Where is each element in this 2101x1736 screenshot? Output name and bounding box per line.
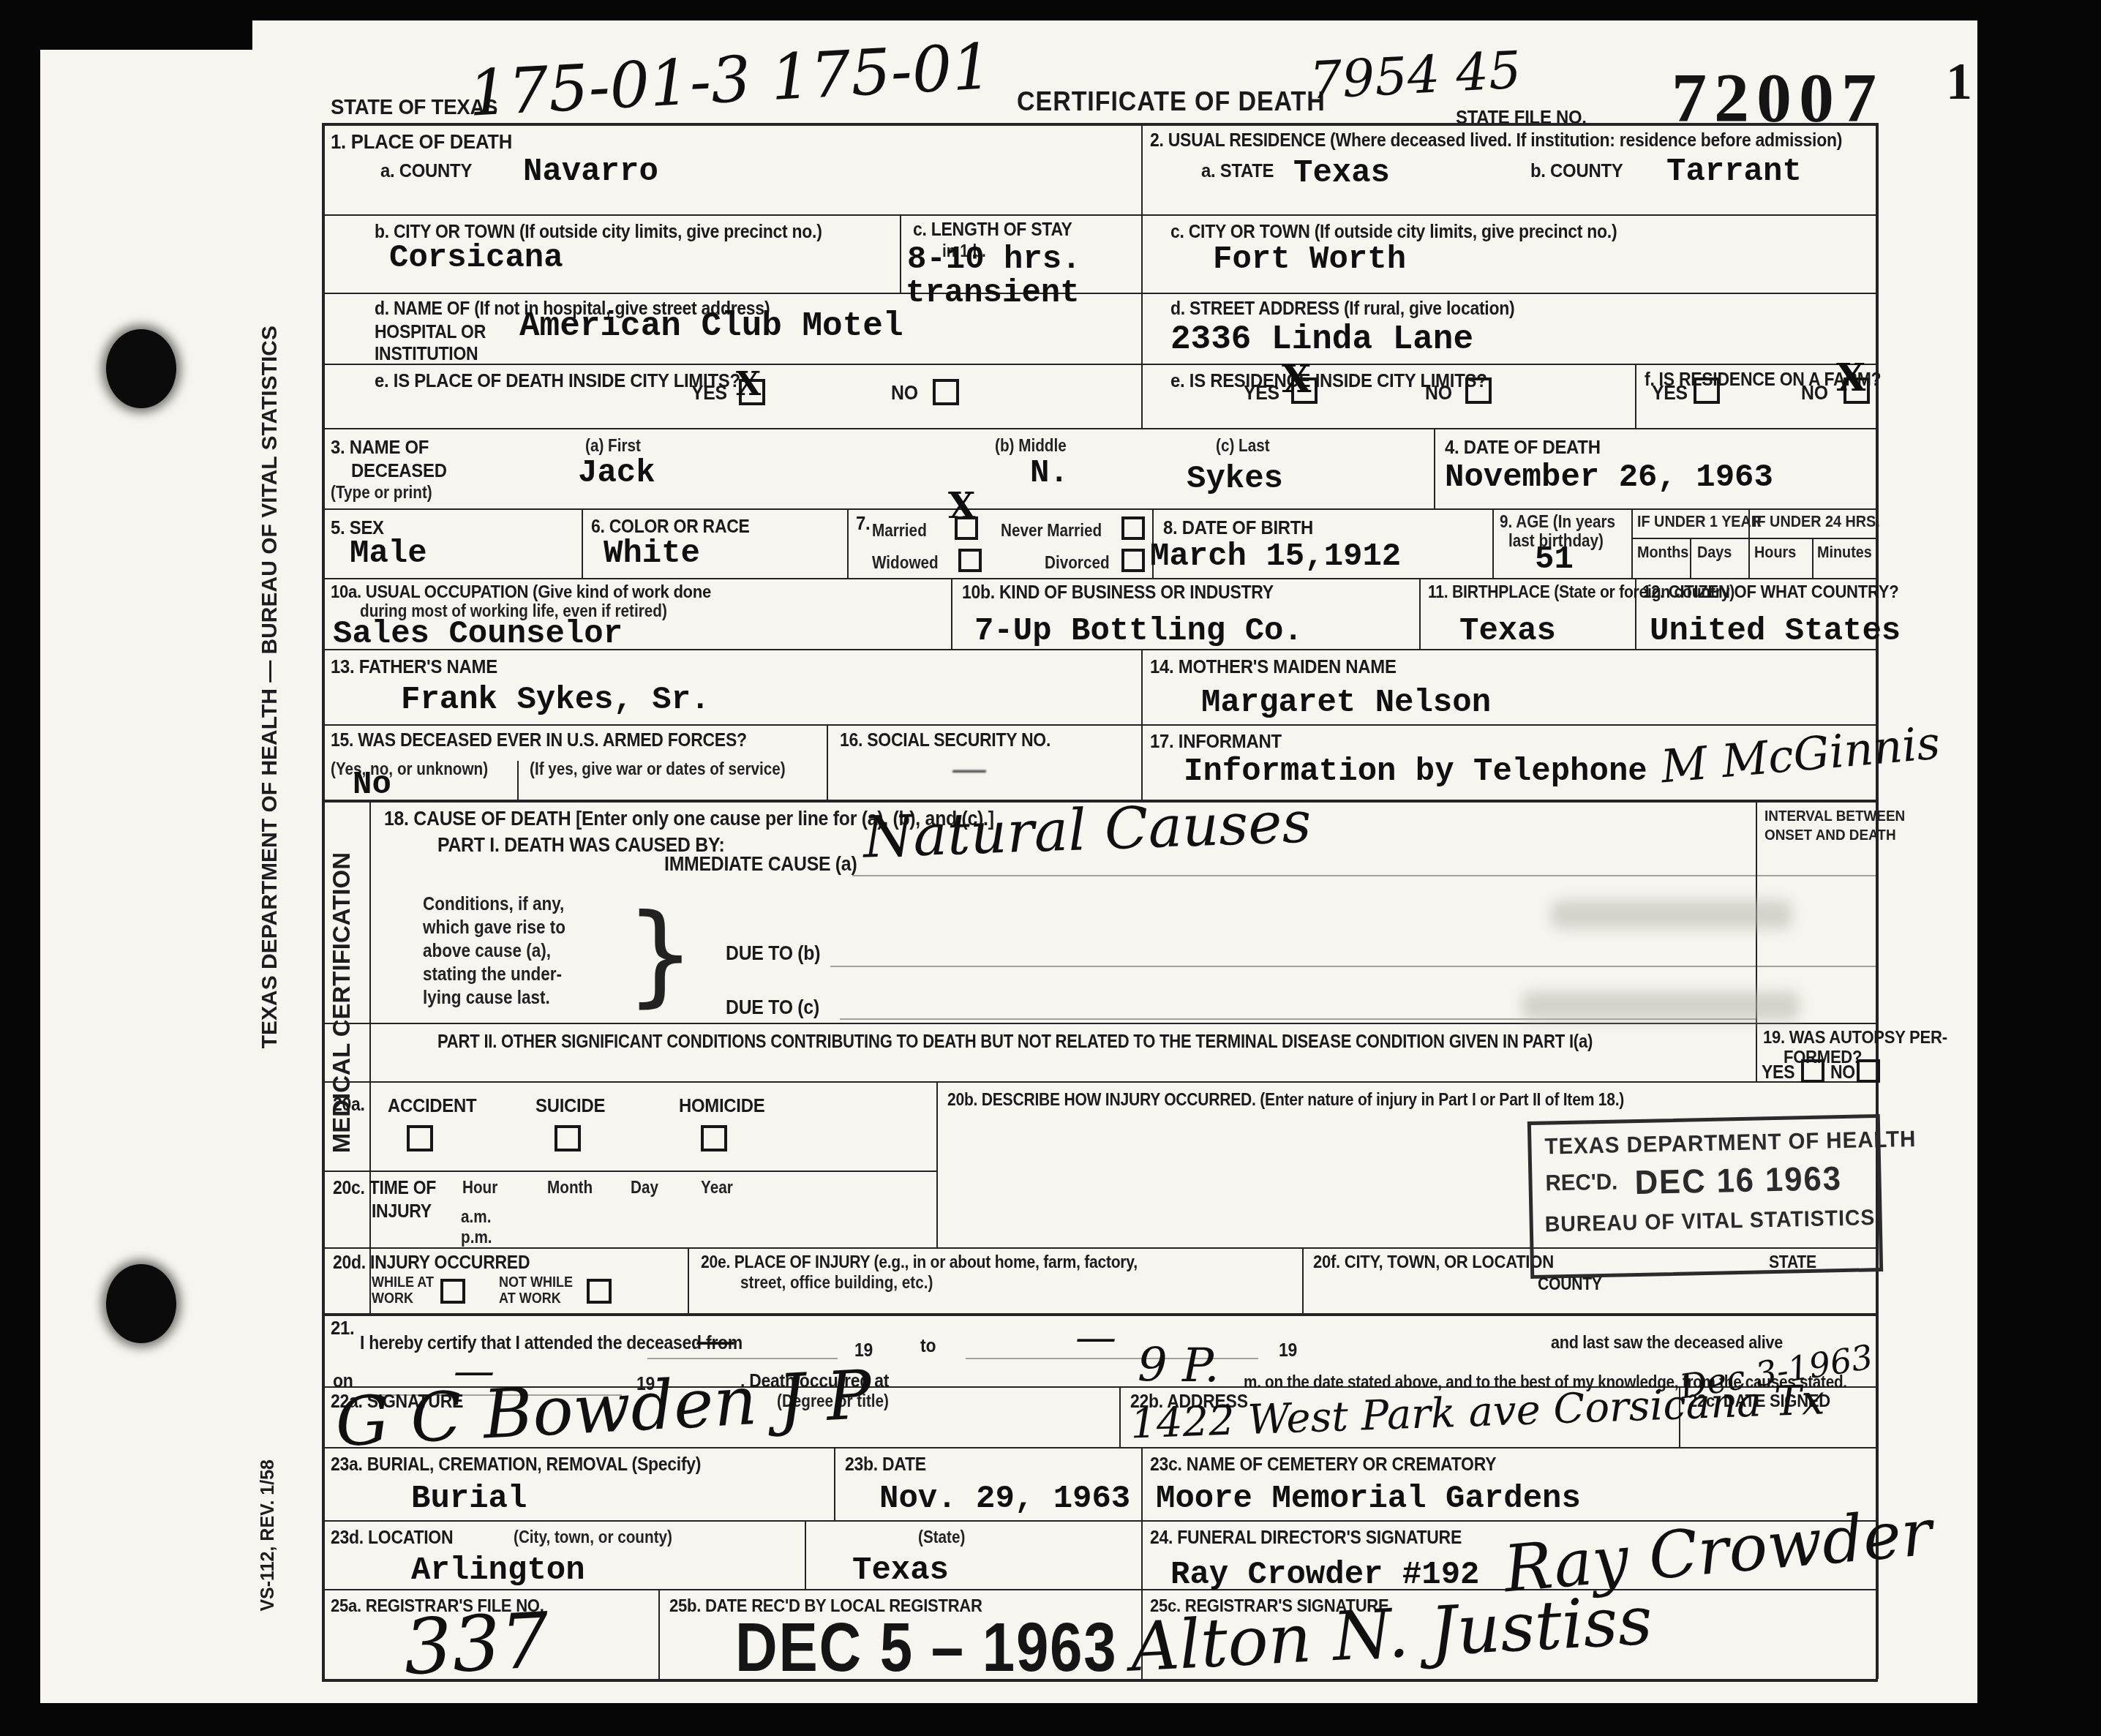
scanned-death-certificate: TEXAS DEPARTMENT OF HEALTH — BUREAU OF V… [0, 0, 2101, 1736]
divider [900, 214, 901, 293]
injury-city-label: 20f. CITY, TOWN, OR LOCATION [1313, 1252, 1554, 1273]
certify-text-1: I hereby certify that I attended the dec… [360, 1333, 743, 1354]
interval-column-divider [1756, 800, 1757, 1081]
injury-occurred-label: 20d. INJURY OCCURRED [333, 1252, 530, 1274]
death-time-handwritten: 9 P. [1138, 1339, 1219, 1393]
fathers-name-label: 13. FATHER'S NAME [331, 655, 497, 678]
time-of-injury-label-2: INJURY [372, 1201, 432, 1222]
divider [1492, 508, 1494, 578]
certificate-title: CERTIFICATE OF DEATH [1017, 86, 1326, 117]
location-label: 23d. LOCATION [331, 1528, 453, 1549]
interval-line-2 [1757, 966, 1876, 967]
divider [517, 761, 519, 800]
divider [1419, 578, 1421, 649]
color-race-value: White [604, 536, 700, 572]
divider [834, 1447, 835, 1520]
autopsy-no-label: NO [1830, 1062, 1855, 1083]
stamp-agency-line: TEXAS DEPARTMENT OF HEALTH [1544, 1126, 1917, 1160]
residence-limits-no-checkbox [1465, 377, 1492, 404]
if-under-24-hrs-label: IF UNDER 24 HRS. [1753, 512, 1880, 531]
while-at-work-label-1: WHILE AT [372, 1274, 434, 1291]
farm-no-mark: X [1836, 356, 1865, 400]
burial-date-value: Nov. 29, 1963 [879, 1481, 1130, 1517]
state-registrar-label: STATE [1769, 1252, 1816, 1272]
form-border-right [1876, 123, 1879, 1679]
residence-city-value: Fort Worth [1213, 241, 1406, 278]
certify-19-2: 19 [1279, 1340, 1297, 1361]
autopsy-yes-checkbox [1801, 1059, 1824, 1083]
conditions-note-4: stating the under- [423, 964, 562, 985]
not-while-at-work-label-1: NOT WHILE [499, 1274, 573, 1291]
stamp-recd-label: REC'D. [1545, 1169, 1617, 1197]
form-border-left [322, 123, 325, 1679]
received-date-stamp: TEXAS DEPARTMENT OF HEALTH REC'D. DEC 16… [1527, 1114, 1883, 1279]
row-line [322, 428, 1878, 429]
never-married-checkbox [1121, 516, 1145, 540]
usual-residence-heading: 2. USUAL RESIDENCE (Where deceased lived… [1150, 130, 1842, 151]
month-label: Month [547, 1178, 593, 1198]
conditions-note-3: above cause (a), [423, 941, 551, 962]
residence-limits-yes-label: YES [1244, 382, 1279, 405]
divorced-label: Divorced [1045, 553, 1110, 573]
age-subheader-line [1631, 538, 1878, 539]
death-limits-yes-label: YES [691, 382, 727, 405]
married-label: Married [872, 521, 927, 541]
farm-yes-label: YES [1652, 382, 1688, 405]
scan-edge-right [1977, 0, 2101, 1736]
divider [1141, 1520, 1143, 1589]
interval-label-1: INTERVAL BETWEEN [1764, 808, 1905, 825]
length-of-stay-label: c. LENGTH OF STAY [913, 219, 1072, 241]
stamp-received-date: DEC 16 1963 [1634, 1158, 1842, 1202]
handwritten-file-numbers: 7954 45 [1308, 40, 1522, 110]
divider [827, 724, 828, 800]
location-city-value: Arlington [411, 1552, 585, 1589]
widowed-label: Widowed [872, 553, 939, 573]
occupation-value: Sales Counselor [333, 616, 623, 653]
county-registrar-label: COUNTY [1538, 1274, 1602, 1294]
last-name-value: Sykes [1187, 461, 1283, 497]
residence-county-label: b. COUNTY [1530, 159, 1623, 182]
autopsy-no-checkbox [1857, 1059, 1880, 1083]
divider [582, 508, 583, 578]
location-state-value: Texas [852, 1552, 949, 1589]
suicide-checkbox [555, 1125, 581, 1151]
describe-injury-label: 20b. DESCRIBE HOW INJURY OCCURRED. (Ente… [947, 1090, 1624, 1111]
punch-hole-top [106, 329, 176, 408]
name-of-deceased-label1: 3. NAME OF [331, 436, 429, 459]
row-line [322, 1081, 1878, 1083]
homicide-label: HOMICIDE [679, 1094, 764, 1117]
ink-ghost-smudge [1551, 900, 1792, 929]
item-21-label: 21. [331, 1317, 354, 1339]
marital-status-label: 7. [856, 512, 870, 535]
death-city-limits-label: e. IS PLACE OF DEATH INSIDE CITY LIMITS? [375, 369, 740, 392]
hour-label: Hour [462, 1178, 497, 1198]
business-industry-value: 7-Up Bottling Co. [974, 613, 1303, 650]
divider [1812, 538, 1814, 578]
place-of-death-heading: 1. PLACE OF DEATH [331, 130, 512, 154]
interval-label-2: ONSET AND DEATH [1764, 827, 1896, 844]
business-industry-label: 10b. KIND OF BUSINESS OR INDUSTRY [962, 582, 1274, 604]
form-code-vertical: VS-112, REV. 1/58 [258, 1459, 279, 1612]
divider [1119, 1386, 1121, 1447]
conditions-note-5: lying cause last. [423, 988, 550, 1009]
day-label: Day [631, 1178, 658, 1198]
citizen-label: 12. CITIZEN OF WHAT COUNTRY? [1642, 582, 1898, 603]
conditions-note-1: Conditions, if any, [423, 894, 564, 915]
middle-name-label: (b) Middle [995, 436, 1067, 456]
edge-mark-digit: 1 [1946, 51, 1972, 112]
institution-label-3: INSTITUTION [375, 344, 478, 365]
months-label: Months [1637, 543, 1688, 562]
item-20a-label: 20a. [333, 1094, 365, 1116]
if-under-1-year-label: IF UNDER 1 YEAR [1637, 512, 1762, 531]
institution-label-2: HOSPITAL OR [375, 322, 486, 343]
divider [1302, 1247, 1304, 1313]
last-name-label: (c) Last [1216, 436, 1270, 456]
burial-value: Burial [411, 1481, 527, 1517]
divider [805, 1520, 806, 1589]
divider [1141, 1447, 1143, 1520]
place-of-injury-label-1: 20e. PLACE OF INJURY (e.g., in or about … [701, 1252, 1138, 1272]
armed-forces-sub2: (If yes, give war or dates of service) [530, 759, 786, 779]
left-margin-agency-text: TEXAS DEPARTMENT OF HEALTH — BUREAU OF V… [258, 326, 282, 1048]
date-of-birth-label: 8. DATE OF BIRTH [1163, 516, 1313, 539]
mothers-maiden-name-value: Margaret Nelson [1201, 685, 1491, 721]
date-of-death-value: November 26, 1963 [1445, 459, 1773, 496]
residence-state-label: a. STATE [1201, 159, 1274, 182]
row-line-20c [322, 1171, 936, 1172]
center-divider [1141, 123, 1143, 428]
cemetery-value: Moore Memorial Gardens [1156, 1481, 1581, 1517]
divider [951, 578, 952, 649]
interval-line-1 [1757, 875, 1876, 876]
divider [1141, 724, 1143, 800]
certify-text-2: and last saw the deceased alive [1551, 1333, 1783, 1353]
date-of-death-label: 4. DATE OF DEATH [1445, 436, 1601, 459]
accident-checkbox [407, 1125, 433, 1151]
days-label: Days [1697, 543, 1732, 562]
row-line [322, 508, 1878, 510]
certify-from-dash: — [695, 1317, 736, 1364]
residence-state-value: Texas [1293, 155, 1390, 192]
date-of-birth-value: March 15,1912 [1150, 538, 1401, 575]
divider [1635, 364, 1636, 428]
informant-value: Information by Telephone [1184, 754, 1647, 790]
row-line [322, 293, 1878, 294]
name-of-deceased-label2: DECEASED [351, 459, 447, 482]
not-while-at-work-checkbox [587, 1279, 612, 1304]
row-line [322, 724, 1878, 726]
divorced-checkbox [1121, 549, 1145, 572]
death-limits-no-checkbox [933, 379, 959, 405]
death-limits-yes-mark: X [736, 366, 761, 403]
not-while-at-work-label-2: AT WORK [499, 1290, 561, 1307]
autopsy-yes-label: YES [1762, 1062, 1794, 1083]
scan-edge-left [0, 0, 40, 1736]
while-at-work-checkbox [440, 1279, 465, 1304]
type-or-print-label: (Type or print) [331, 483, 432, 503]
city-county-sublabel: (City, town, or county) [514, 1528, 672, 1547]
immediate-cause-label: IMMEDIATE CAUSE (a) [664, 853, 857, 876]
fathers-name-value: Frank Sykes, Sr. [401, 682, 710, 718]
conditions-note-2: which gave rise to [423, 917, 565, 939]
county-label: a. COUNTY [380, 159, 472, 182]
street-address-value: 2336 Linda Lane [1170, 320, 1473, 358]
funeral-director-typed: Ray Crowder #192 [1170, 1557, 1479, 1593]
first-name-label: (a) First [585, 436, 641, 456]
scan-edge-bottom [0, 1703, 2101, 1736]
date-recd-stamp: DEC 5 – 1963 [735, 1608, 1117, 1687]
due-to-b-label: DUE TO (b) [726, 942, 820, 965]
citizen-value: United States [1650, 613, 1901, 650]
divider [1434, 428, 1435, 508]
color-race-label: 6. COLOR OR RACE [591, 516, 750, 538]
sex-value: Male [350, 536, 427, 572]
farm-no-label: NO [1801, 382, 1828, 405]
death-limits-no-label: NO [891, 382, 918, 405]
suicide-label: SUICIDE [535, 1094, 605, 1117]
farm-yes-checkbox [1694, 377, 1720, 404]
row-line [322, 578, 1878, 579]
county-value: Navarro [523, 154, 658, 190]
state-sublabel: (State) [918, 1528, 965, 1547]
occupation-label-1: 10a. USUAL OCCUPATION (Give kind of work… [331, 582, 711, 603]
ssn-value-dash: — [951, 748, 988, 790]
length-of-stay-value2: transient [906, 275, 1080, 312]
medical-strip-divider [369, 800, 371, 1313]
residence-limits-yes-mark: X [1282, 357, 1311, 402]
institution-value: American Club Motel [519, 307, 903, 345]
divider [1141, 649, 1143, 724]
am-label: a.m. [461, 1207, 491, 1227]
widowed-checkbox [958, 549, 982, 572]
certify-to-label: to [920, 1336, 936, 1357]
armed-forces-label: 15. WAS DECEASED EVER IN U.S. ARMED FORC… [331, 730, 747, 751]
scan-edge-top [0, 0, 2101, 20]
stamped-file-number: 72007 [1672, 57, 1884, 138]
registrar-file-no-handwritten: 337 [402, 1596, 552, 1692]
pm-label: p.m. [461, 1228, 492, 1247]
while-at-work-label-2: WORK [372, 1290, 413, 1307]
minutes-label: Minutes [1817, 543, 1872, 562]
form-border-top [322, 123, 1878, 126]
divider [1690, 538, 1691, 578]
age-label-1: 9. AGE (In years [1500, 512, 1615, 532]
punch-hole-bottom [106, 1264, 176, 1343]
cause-a-writing-line [852, 875, 1756, 876]
burial-date-label: 23b. DATE [845, 1454, 926, 1476]
homicide-checkbox [701, 1125, 727, 1151]
street-address-label: d. STREET ADDRESS (If rural, give locati… [1170, 298, 1514, 320]
time-of-injury-label-1: 20c. TIME OF [333, 1178, 436, 1199]
divider [658, 1589, 660, 1679]
divider [936, 1081, 938, 1247]
part2-line [322, 1023, 1878, 1024]
middle-name-value: N. [1030, 455, 1069, 492]
ssn-label: 16. SOCIAL SECURITY NO. [840, 730, 1050, 751]
row-line [322, 214, 1878, 216]
never-married-label: Never Married [1001, 521, 1102, 541]
informant-label: 17. INFORMANT [1150, 730, 1282, 753]
residence-limits-no-label: NO [1425, 382, 1452, 405]
cemetery-label: 23c. NAME OF CEMETERY OR CREMATORY [1150, 1454, 1496, 1476]
divider [847, 508, 849, 578]
autopsy-label-1: 19. WAS AUTOPSY PER- [1763, 1028, 1947, 1048]
year-label: Year [701, 1178, 733, 1198]
part2-label: PART II. OTHER SIGNIFICANT CONDITIONS CO… [437, 1030, 1593, 1053]
stamp-bureau-line: BUREAU OF VITAL STATISTICS [1544, 1206, 1875, 1237]
conditions-brace: } [625, 891, 695, 1018]
row-line [322, 364, 1878, 365]
accident-label: ACCIDENT [388, 1094, 476, 1117]
due-to-b-writing-line [830, 966, 1756, 967]
certify-to-dash: — [1075, 1314, 1116, 1361]
residence-city-label: c. CITY OR TOWN (If outside city limits,… [1170, 222, 1617, 243]
first-name-value: Jack [578, 455, 655, 492]
age-value: 51 [1535, 541, 1574, 578]
divider [688, 1247, 689, 1313]
married-mark: X [948, 486, 975, 527]
length-of-stay-value: 8-10 hrs. [907, 241, 1081, 278]
divider [1631, 508, 1633, 578]
city-value: Corsicana [389, 240, 563, 277]
hours-label: Hours [1754, 543, 1796, 562]
due-to-c-label: DUE TO (c) [726, 996, 819, 1019]
birthplace-value: Texas [1459, 613, 1556, 650]
residence-county-value: Tarrant [1666, 154, 1802, 190]
funeral-director-label: 24. FUNERAL DIRECTOR'S SIGNATURE [1150, 1528, 1462, 1549]
mothers-maiden-name-label: 14. MOTHER'S MAIDEN NAME [1150, 655, 1397, 678]
armed-forces-value: No [353, 767, 391, 803]
place-of-injury-label-2: street, office building, etc.) [740, 1273, 933, 1293]
ink-ghost-smudge [1522, 991, 1800, 1021]
scan-corner-blob [0, 0, 252, 50]
